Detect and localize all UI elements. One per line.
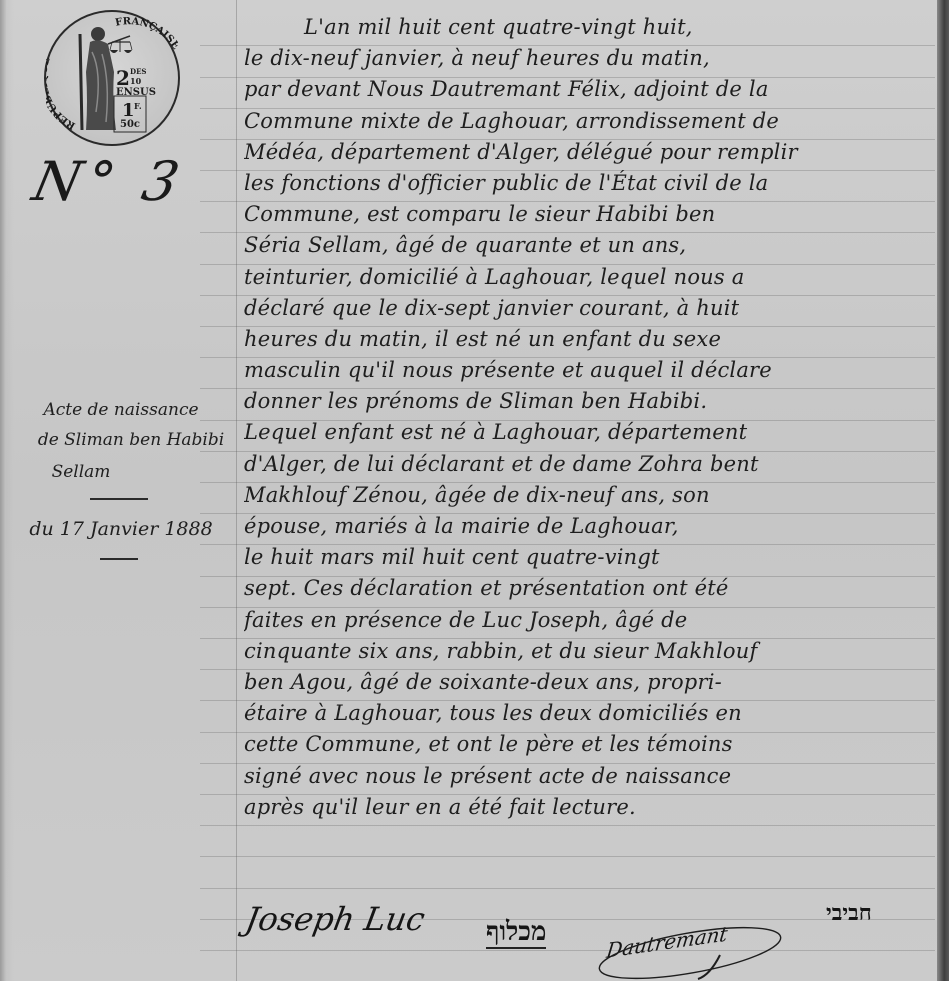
stamp-value-bottom: 1 <box>122 102 135 120</box>
record-number: N° 3 <box>27 150 190 213</box>
margin-date: du 17 Janvier 1888 <box>10 518 232 540</box>
body-line: sept. Ces déclaration et présentation on… <box>244 573 934 604</box>
page-binding <box>937 0 949 981</box>
stamp-value-fraction: 10 <box>130 77 141 85</box>
revenue-stamp: REPUBLIQUE FRANÇAISE 2 DES 10 E <box>44 10 180 146</box>
svg-text:FRANÇAISE: FRANÇAISE <box>114 16 178 52</box>
margin-title-line1: Acte de naissance <box>10 400 232 420</box>
body-line: signé avec nous le présent acte de naiss… <box>244 761 934 792</box>
page-left-edge <box>0 0 6 981</box>
margin-title-line3: Sellam <box>0 462 192 482</box>
signature-joseph-luc: Joseph Luc <box>243 900 428 938</box>
body-line: Lequel enfant est né à Laghouar, départe… <box>244 417 934 448</box>
body-line: faites en présence de Luc Joseph, âgé de <box>244 605 934 636</box>
record-body: L'an mil huit cent quatre-vingt huit, le… <box>244 12 934 823</box>
stamp-value-top: 2 <box>116 68 130 88</box>
stamp-census-label: ENSUS <box>116 88 156 98</box>
body-line: heures du matin, il est né un enfant du … <box>244 324 934 355</box>
body-line: cinquante six ans, rabbin, et du sieur M… <box>244 636 934 667</box>
svg-text:REPUBLIQUE: REPUBLIQUE <box>46 56 77 131</box>
body-line: Commune, est comparu le sieur Habibi ben <box>244 199 934 230</box>
margin-divider <box>100 558 138 560</box>
signature-hebrew-habibi: חביבי <box>826 900 872 926</box>
body-line: le dix-neuf janvier, à neuf heures du ma… <box>244 43 934 74</box>
ruled-line <box>200 856 935 857</box>
stamp-value-cents: 50c <box>120 120 140 130</box>
body-line: par devant Nous Dautremant Félix, adjoin… <box>244 74 934 105</box>
body-line: Séria Sellam, âgé de quarante et un ans, <box>244 230 934 261</box>
body-line: cette Commune, et ont le père et les tém… <box>244 729 934 760</box>
body-line: teinturier, domicilié à Laghouar, lequel… <box>244 262 934 293</box>
body-line: Commune mixte de Laghouar, arrondissemen… <box>244 106 934 137</box>
body-line: L'an mil huit cent quatre-vingt huit, <box>244 12 934 43</box>
margin-divider <box>90 498 148 500</box>
signature-hebrew-makhlouf: מכלוף <box>486 918 546 949</box>
ruled-line <box>200 950 935 951</box>
ruled-line <box>200 825 935 826</box>
margin-title-line2: de Sliman ben Habibi <box>20 430 242 450</box>
document-page: REPUBLIQUE FRANÇAISE 2 DES 10 E <box>0 0 949 981</box>
body-line: masculin qu'il nous présente et auquel i… <box>244 355 934 386</box>
body-line: d'Alger, de lui déclarant et de dame Zoh… <box>244 449 934 480</box>
marianne-justice-figure-icon: REPUBLIQUE FRANÇAISE <box>46 12 178 144</box>
body-line: après qu'il leur en a été fait lecture. <box>244 792 934 823</box>
body-line: Makhlouf Zénou, âgée de dix-neuf ans, so… <box>244 480 934 511</box>
signature-flourish <box>590 915 790 981</box>
margin-rule <box>236 0 237 981</box>
body-line: ben Agou, âgé de soixante-deux ans, prop… <box>244 667 934 698</box>
body-line: Médéa, département d'Alger, délégué pour… <box>244 137 934 168</box>
body-line: les fonctions d'officier public de l'Éta… <box>244 168 934 199</box>
body-line: donner les prénoms de Sliman ben Habibi. <box>244 386 934 417</box>
ruled-line <box>200 888 935 889</box>
body-line: épouse, mariés à la mairie de Laghouar, <box>244 511 934 542</box>
stamp-value-unit: F. <box>134 102 142 110</box>
body-line: étaire à Laghouar, tous les deux domicil… <box>244 698 934 729</box>
body-line: déclaré que le dix-sept janvier courant,… <box>244 293 934 324</box>
stamp-value-prefix: DES <box>130 68 146 75</box>
body-line: le huit mars mil huit cent quatre-vingt <box>244 542 934 573</box>
